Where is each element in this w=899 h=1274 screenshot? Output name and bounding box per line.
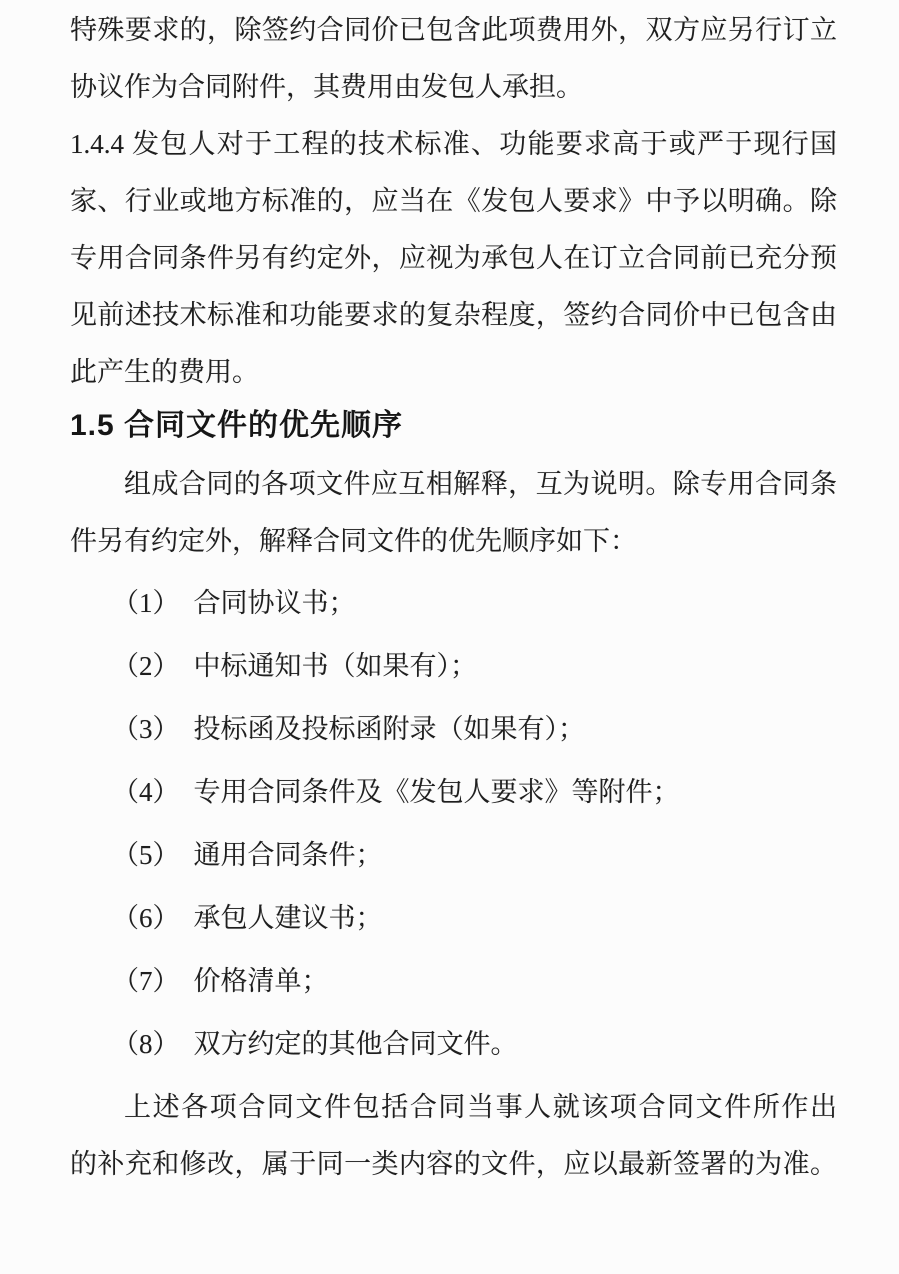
section-heading-1-5: 1.5 合同文件的优先顺序 bbox=[70, 403, 837, 449]
list-item-number: （8） bbox=[112, 1016, 180, 1073]
list-item-text: 专用合同条件及《发包人要求》等附件； bbox=[194, 764, 680, 821]
list-item: （1）合同协议书； bbox=[70, 575, 837, 632]
list-item-text: 合同协议书； bbox=[194, 575, 356, 632]
list-item-text: 双方约定的其他合同文件。 bbox=[194, 1016, 518, 1073]
list-item: （8）双方约定的其他合同文件。 bbox=[70, 1016, 837, 1073]
paragraph-intro-continuation: 特殊要求的，除签约合同价已包含此项费用外，双方应另行订立 协议作为合同附件，其费… bbox=[70, 2, 837, 116]
list-item: （7）价格清单； bbox=[70, 953, 837, 1010]
list-item-text: 中标通知书（如果有）； bbox=[194, 638, 478, 695]
list-item-number: （3） bbox=[112, 701, 180, 758]
list-item: （4）专用合同条件及《发包人要求》等附件； bbox=[70, 764, 837, 821]
list-item-number: （2） bbox=[112, 638, 180, 695]
list-item-number: （4） bbox=[112, 764, 180, 821]
text-line: 1.4.4 发包人对于工程的技术标准、功能要求高于或严于现行国 bbox=[70, 116, 837, 173]
list-item-text: 价格清单； bbox=[194, 953, 329, 1010]
list-item-number: （7） bbox=[112, 953, 180, 1010]
list-item-text: 通用合同条件； bbox=[194, 827, 383, 884]
text-line: 家、行业或地方标准的，应当在《发包人要求》中予以明确。除 bbox=[70, 173, 837, 230]
list-item: （2）中标通知书（如果有）； bbox=[70, 638, 837, 695]
list-item: （5）通用合同条件； bbox=[70, 827, 837, 884]
text-line: 件另有约定外，解释合同文件的优先顺序如下： bbox=[70, 513, 837, 570]
list-item-text: 承包人建议书； bbox=[194, 890, 383, 947]
list-item-text: 投标函及投标函附录（如果有）； bbox=[194, 701, 586, 758]
text-line: 专用合同条件另有约定外，应视为承包人在订立合同前已充分预 bbox=[70, 230, 837, 287]
paragraph-priority-intro: 组成合同的各项文件应互相解释，互为说明。除专用合同条 件另有约定外，解释合同文件… bbox=[70, 456, 837, 570]
list-item: （6）承包人建议书； bbox=[70, 890, 837, 947]
paragraph-closing: 上述各项合同文件包括合同当事人就该项合同文件所作出 的补充和修改，属于同一类内容… bbox=[70, 1079, 837, 1193]
list-item: （3）投标函及投标函附录（如果有）； bbox=[70, 701, 837, 758]
list-item-number: （6） bbox=[112, 890, 180, 947]
page-content: 特殊要求的，除签约合同价已包含此项费用外，双方应另行订立 协议作为合同附件，其费… bbox=[0, 0, 899, 1193]
text-line: 特殊要求的，除签约合同价已包含此项费用外，双方应另行订立 bbox=[70, 2, 837, 59]
text-line: 上述各项合同文件包括合同当事人就该项合同文件所作出 bbox=[70, 1079, 837, 1136]
list-item-number: （5） bbox=[112, 827, 180, 884]
text-line: 协议作为合同附件，其费用由发包人承担。 bbox=[70, 59, 837, 116]
list-item-number: （1） bbox=[112, 575, 180, 632]
document-page: 特殊要求的，除签约合同价已包含此项费用外，双方应另行订立 协议作为合同附件，其费… bbox=[0, 0, 899, 1274]
text-line: 的补充和修改，属于同一类内容的文件，应以最新签署的为准。 bbox=[70, 1136, 837, 1193]
text-line: 见前述技术标准和功能要求的复杂程度，签约合同价中已包含由 bbox=[70, 287, 837, 344]
priority-list: （1）合同协议书； （2）中标通知书（如果有）； （3）投标函及投标函附录（如果… bbox=[70, 575, 837, 1073]
text-line: 此产生的费用。 bbox=[70, 344, 837, 401]
text-line: 组成合同的各项文件应互相解释，互为说明。除专用合同条 bbox=[70, 456, 837, 513]
paragraph-clause-1-4-4: 1.4.4 发包人对于工程的技术标准、功能要求高于或严于现行国 家、行业或地方标… bbox=[70, 116, 837, 401]
